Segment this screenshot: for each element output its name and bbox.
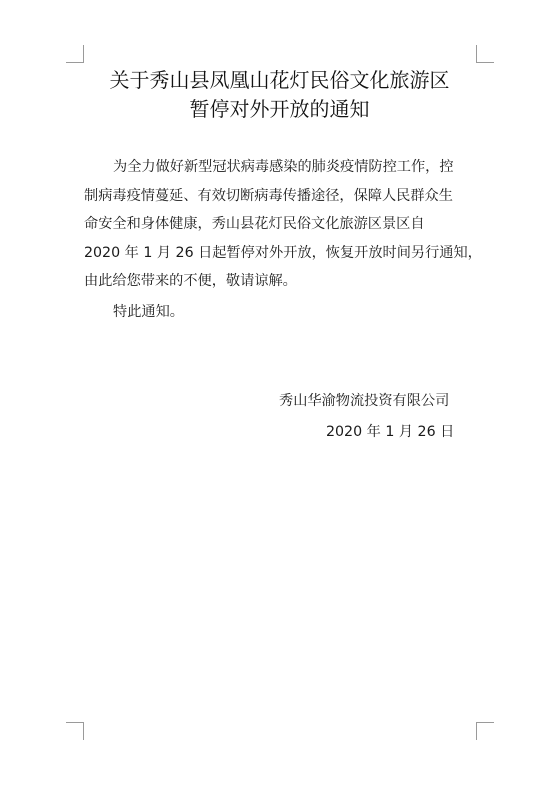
page-corner-mark-bottom-left <box>66 722 84 740</box>
body-line: 为全力做好新型冠状病毒感染的肺炎疫情防控工作，控 <box>84 153 484 182</box>
page-corner-mark-top-right <box>476 45 494 63</box>
page-corner-mark-bottom-right <box>476 722 494 740</box>
body-line: 命安全和身体健康，秀山县花灯民俗文化旅游区景区自 <box>84 210 484 239</box>
signature-date: 2020 年 1 月 26 日 <box>326 421 454 443</box>
notice-title-line-2: 暂停对外开放的通知 <box>0 96 559 123</box>
body-line: 2020 年 1 月 26 日起暂停对外开放，恢复开放时间另行通知， <box>84 239 484 268</box>
closing-statement: 特此通知。 <box>113 298 184 326</box>
body-line: 由此给您带来的不便，敬请谅解。 <box>84 267 484 296</box>
signature-organization: 秀山华渝物流投资有限公司 <box>279 390 449 412</box>
notice-title-line-1: 关于秀山县凤凰山花灯民俗文化旅游区 <box>0 67 559 94</box>
notice-body: 为全力做好新型冠状病毒感染的肺炎疫情防控工作，控 制病毒疫情蔓延、有效切断病毒传… <box>84 153 484 296</box>
body-line: 制病毒疫情蔓延、有效切断病毒传播途径，保障人民群众生 <box>84 182 484 211</box>
page-corner-mark-top-left <box>66 45 84 63</box>
